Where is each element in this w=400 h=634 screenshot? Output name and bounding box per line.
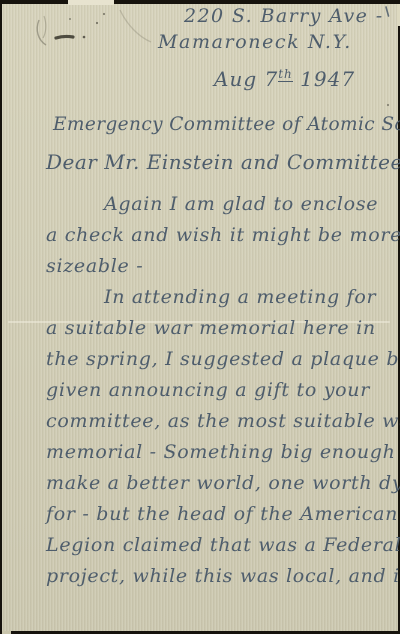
letter-body-line: the spring, I suggested a plaque be (46, 344, 398, 375)
date-ordinal-suffix: th (278, 67, 293, 82)
paper-top-edge-gap (68, 0, 114, 5)
letter-date: Aug 7th 1947 (214, 67, 355, 91)
letter-body-line: In attending a meeting for (46, 282, 398, 313)
letter-body: Again I am glad to enclosea check and wi… (46, 189, 398, 592)
letter-scan: 220 S. Barry Ave - Mamaroneck N.Y. Aug 7… (0, 0, 400, 634)
letter-body-line: memorial - Something big enough to (46, 437, 398, 468)
sender-address-street: 220 S. Barry Ave - (184, 5, 384, 27)
sender-address-city: Mamaroneck N.Y. (158, 31, 352, 53)
letter-body-line: project, while this was local, and in (46, 561, 398, 592)
letter-body-line: for - but the head of the American (46, 499, 398, 530)
letter-body-line: given announcing a gift to your (46, 375, 398, 406)
letter-body-line: make a better world, one worth dying (46, 468, 398, 499)
letter-body-line: sizeable - (46, 251, 398, 282)
salutation-line: Dear Mr. Einstein and Committee - (46, 150, 400, 174)
letter-body-line: Again I am glad to enclose (46, 189, 398, 220)
letter-body-line: a suitable war memorial here in (46, 313, 398, 344)
letter-body-line: Legion claimed that was a Federal (46, 530, 398, 561)
recipient-line: Emergency Committee of Atomic Scientists (53, 114, 400, 135)
letter-body-line: a check and wish it might be more (46, 220, 398, 251)
letter-body-line: committee, as the most suitable war (46, 406, 398, 437)
date-year: 1947 (300, 67, 355, 91)
date-day: Aug 7 (214, 67, 278, 91)
